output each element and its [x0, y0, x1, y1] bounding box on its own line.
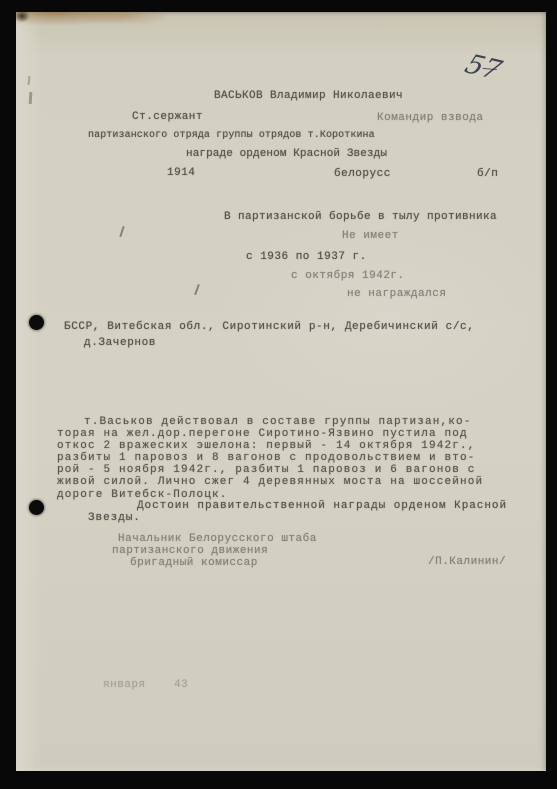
burn-stain — [16, 12, 166, 52]
signature-title-2: партизанского движения — [112, 545, 268, 557]
punch-hole-top — [29, 315, 44, 330]
signature-name: /П.Калинин/ — [428, 556, 506, 568]
signature-title-3: бригадный комиссар — [130, 557, 258, 569]
nationality: белорусс — [334, 168, 391, 180]
wounds-line: Не имеет — [342, 230, 399, 242]
citation-line: откос 2 вражеских эшелона: первый - 14 о… — [57, 440, 483, 452]
partisan-since-line: с октября 1942г. — [291, 270, 405, 282]
address-line-2: д.Зачернов — [84, 337, 156, 349]
recipient-unit: партизанского отряда группы отрядов т.Ко… — [88, 130, 375, 141]
birth-year: 1914 — [167, 167, 195, 179]
recipient-name: ВАСЬКОВ Владимир Николаевич — [214, 90, 403, 102]
citation-paragraph: т.Васьков действовал в составе группы па… — [57, 416, 483, 501]
party-status: б/п — [477, 168, 498, 180]
citation-line: торая на жел.дор.перегоне Сиротино-Язвин… — [57, 428, 483, 440]
participation-line: В партизанской борьбе в тылу противника — [224, 211, 497, 223]
prior-awards-line: не награждался — [347, 288, 446, 300]
conclusion-line-1: Достоин правительственной награды ордено… — [137, 500, 507, 512]
award-proposal-line: награде орденом Красной Звезды — [186, 148, 387, 160]
army-service-line: с 1936 по 1937 г. — [246, 251, 367, 263]
scan-background: 57 ВАСЬКОВ Владимир Николаевич Ст.сержан… — [0, 0, 557, 789]
citation-line: т.Васьков действовал в составе группы па… — [84, 416, 483, 428]
citation-line: рой - 5 ноября 1942г., разбиты 1 паровоз… — [57, 464, 483, 476]
footer-date-note: января 43 — [103, 679, 188, 691]
recipient-rank: Ст.сержант — [132, 111, 203, 123]
citation-line: разбиты 1 паровоз и 8 вагонов с продовол… — [57, 452, 483, 464]
citation-line: живой силой. Лично сжег 4 деревянных мос… — [57, 476, 483, 488]
punch-hole-bottom — [29, 500, 44, 515]
conclusion-line-2: Звезды. — [88, 512, 141, 524]
recipient-position: Командир взвода — [377, 112, 484, 124]
address-line-1: БССР, Витебская обл., Сиротинский р-н, Д… — [64, 321, 474, 333]
paper-sheet — [16, 12, 546, 771]
citation-line: дороге Витебск-Полоцк. — [57, 489, 483, 501]
signature-title-1: Начальник Белорусского штаба — [118, 533, 317, 545]
